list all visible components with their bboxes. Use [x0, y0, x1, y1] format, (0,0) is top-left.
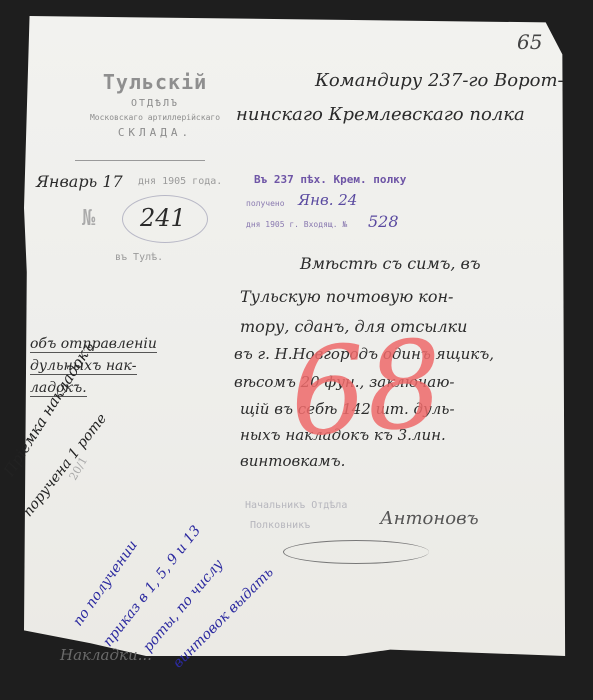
number-prefix: № [82, 206, 95, 231]
red-archive-number: 68 [286, 325, 447, 455]
body-line-1: Вмѣстѣ съ симъ, въ [300, 254, 481, 273]
addressee-line-2: нинскаго Кремлевскаго полка [236, 104, 525, 125]
folio-number: 65 [517, 30, 542, 54]
signatory-stamp-line-2: Полковникъ [250, 520, 310, 531]
outgoing-number: 241 [140, 204, 186, 232]
received-stamp-line-1: Въ 237 пѣх. Крем. полку [254, 173, 406, 186]
letterhead-department: ОТДѢЛЪ [85, 98, 225, 109]
addressee-line-1: Командиру 237-го Ворот- [315, 70, 564, 91]
received-stamp-label: получено [246, 199, 285, 208]
signature: Антоновъ [380, 508, 479, 529]
received-stamp-entry-label: дня 1905 г. Входящ. № [246, 220, 347, 229]
letterhead-organization: Московскаго артиллерійскаго [60, 113, 250, 122]
body-line-2: Тульскую почтовую кон- [240, 287, 453, 306]
received-date: Янв. 24 [298, 191, 357, 209]
letterhead-depot: СКЛАДА. [85, 126, 225, 139]
date-printed-suffix: дня 1905 года. [138, 176, 222, 187]
letterhead-divider [75, 160, 205, 161]
date-handwritten: Январь 17 [36, 172, 123, 191]
incoming-number: 528 [368, 212, 399, 231]
signature-flourish [283, 540, 429, 564]
letterhead-title: Тульскій [85, 70, 225, 94]
signatory-stamp-line-1: Начальникъ Отдѣла [245, 500, 347, 511]
place-of-issue: въ Тулѣ. [115, 252, 163, 263]
torn-bottom-text: Накладки... [60, 646, 152, 664]
